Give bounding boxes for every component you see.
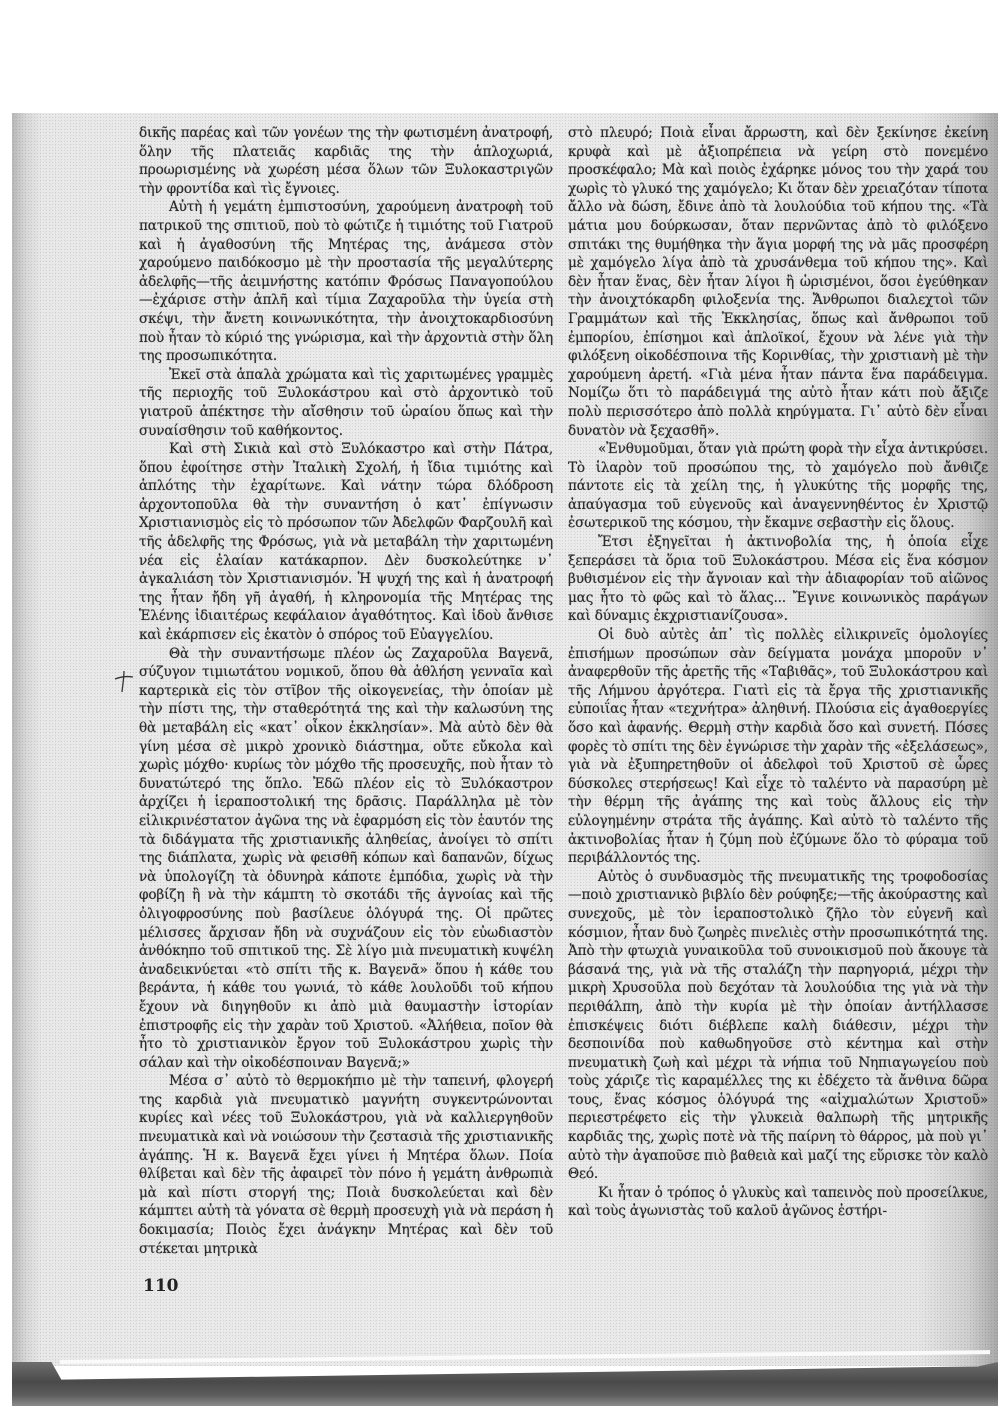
paragraph: Ἔτσι ἐξηγεῖται ἡ ἀκτινοβολία της, ἡ ὁποί… [568, 533, 988, 626]
left-text-column: δικῆς παρέας καὶ τῶν γονέων της τὴν φωτι… [139, 124, 553, 1258]
book-bottom-edge [12, 1362, 998, 1406]
paragraph: δικῆς παρέας καὶ τῶν γονέων της τὴν φωτι… [139, 124, 553, 198]
paragraph: Καὶ στὴ Σικιὰ καὶ στὸ Ξυλόκαστρο καὶ στὴ… [139, 440, 553, 645]
paragraph: Κι ἦταν ὁ τρόπος ὁ γλυκὺς καὶ ταπεινὸς π… [568, 1184, 988, 1221]
page-number: 110 [143, 1276, 179, 1296]
paragraph: Αὐτὸς ὁ συνδυασμὸς τῆς πνευματικῆς της τ… [568, 868, 988, 1184]
paragraph: Οἱ δυὸ αὐτὲς ἀπ᾿ τὶς πολλὲς εἰλικρινεῖς … [568, 626, 988, 868]
paragraph: Αὐτὴ ἡ γεμάτη ἐμπιστοσύνη, χαρούμενη ἀνα… [139, 198, 553, 365]
paragraph: στὸ πλευρό; Ποιὰ εἶναι ἄρρωστη, καὶ δὲν … [568, 124, 988, 440]
paragraph: Ἐκεῖ στὰ ἁπαλὰ χρώματα καὶ τὶς χαριτωμέν… [139, 366, 553, 440]
right-text-column: στὸ πλευρό; Ποιὰ εἶναι ἄρρωστη, καὶ δὲν … [568, 124, 988, 1221]
handwritten-cross-mark-icon [112, 668, 136, 694]
paragraph: Θὰ τὴν συναντήσωμε πλέον ὡς Ζαχαροῦλα Βα… [139, 645, 553, 1073]
paragraph: «Ἐνθυμοῦμαι, ὅταν γιὰ πρώτη φορὰ τὴν εἶχ… [568, 440, 988, 533]
paragraph: Μέσα σ᾿ αὐτὸ τὸ θερμοκήπιο μὲ τὴν ταπειν… [139, 1072, 553, 1258]
